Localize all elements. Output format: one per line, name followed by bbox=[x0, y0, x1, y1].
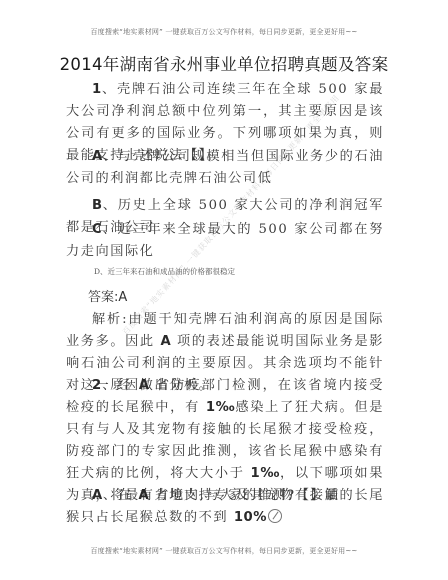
question-1-option-a: A、与壳牌公司规模相当但国际业务少的石油公司的利润都比壳牌石油公司低 bbox=[66, 146, 384, 190]
header-note: 百度搜索“地实素材网” 一键获取百万公文写作材料，每日同步更新，更全更好用~~ bbox=[0, 27, 448, 37]
handwritten-mark-icon bbox=[268, 509, 282, 523]
question-1-option-d: D、近三年来石油和成品油的价格都很稳定 bbox=[66, 266, 384, 278]
footer-note: 百度搜索“地实素材网” 一键获取百万公文写作材料，每日同步更新，更全更好用~~ bbox=[0, 546, 448, 556]
question-number: 2 bbox=[92, 378, 102, 393]
question-1-answer: 答案:A bbox=[66, 286, 384, 305]
question-number: 1 bbox=[92, 82, 102, 97]
question-1-option-c: C、近三年来全球最大的 500 家公司都在努力走向国际化 bbox=[66, 219, 384, 263]
question-2-option-a: A、在 A 省境内,与人及其宠物有接触的长尾猴只占长尾猴总数的不到 10% bbox=[66, 485, 384, 529]
page-title: 2014年湖南省永州事业单位招聘真题及答案 bbox=[0, 51, 448, 75]
document-page: 百度搜索“地实素材网” 一键获取百万公文写作材料，每日同步更新，更全更好用~~ … bbox=[0, 0, 448, 580]
